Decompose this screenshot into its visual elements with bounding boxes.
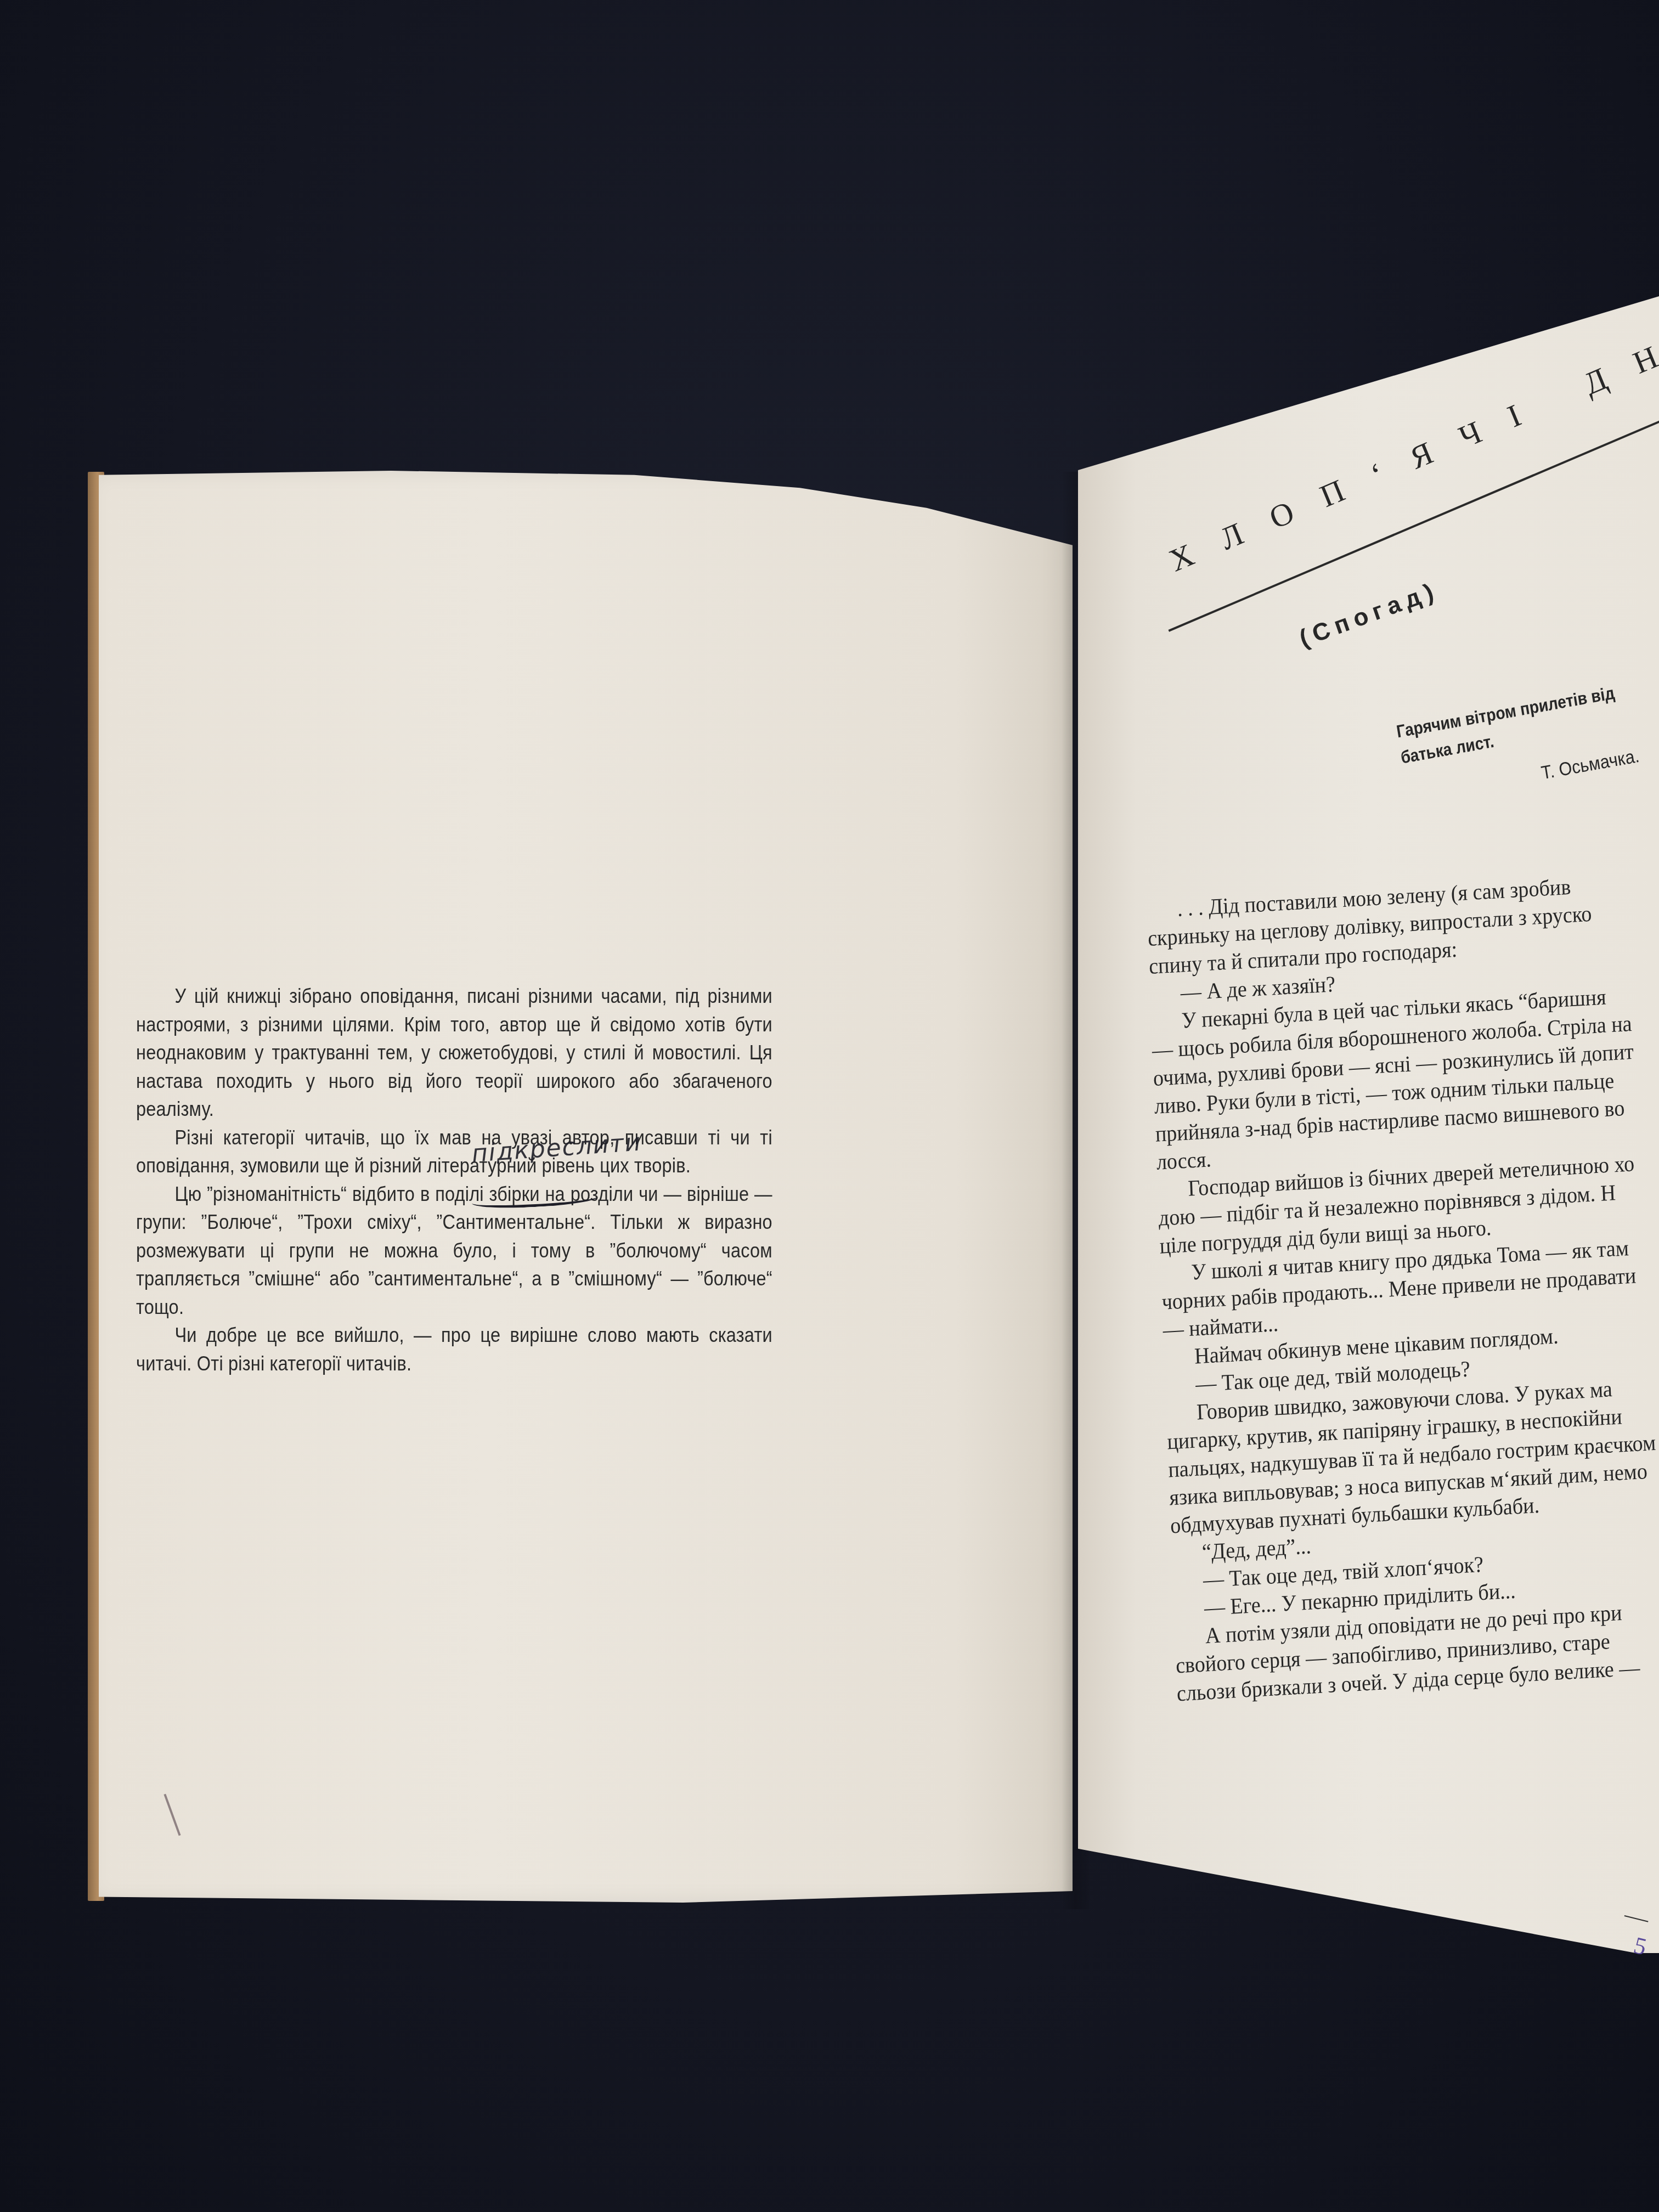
preface-paragraph: У цій книжці зібрано оповідання, писані …	[136, 982, 772, 1124]
preface-paragraph: Різні категорії читачів, що їх мав на ув…	[136, 1124, 772, 1180]
preface-text: У цій книжці зібрано оповідання, писані …	[136, 982, 772, 1378]
preface-paragraph: Чи добре це все вийшло, — про це вирішне…	[136, 1321, 772, 1378]
photo-scene: У цій книжці зібрано оповідання, писані …	[0, 0, 1659, 2212]
preface-paragraph: Цю ”різноманітність“ відбито в поділі зб…	[136, 1180, 772, 1322]
story-text: . . . Дід поставили мою зелену (я сам зр…	[1146, 865, 1659, 1707]
page-number-value: 5	[1631, 1932, 1649, 1961]
